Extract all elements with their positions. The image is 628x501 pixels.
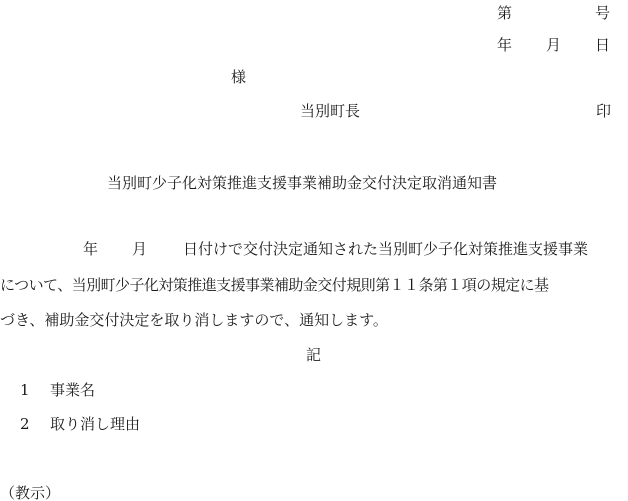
date-month: 月: [546, 36, 561, 54]
seal-mark: 印: [596, 102, 611, 120]
number-prefix: 第: [497, 4, 512, 22]
body-line-1: 日付けで交付決定通知された当別町少子化対策推進支援事業: [183, 240, 588, 258]
document-title: 当別町少子化対策推進支援事業補助金交付決定取消通知書: [107, 174, 497, 192]
issuer-name: 当別町長: [300, 102, 360, 120]
body-month: 月: [132, 240, 147, 258]
instruction-heading: （教示）: [0, 484, 60, 501]
body-line-2: について、当別町少子化対策推進支援事業補助金交付規則第１１条第１項の規定に基: [0, 276, 549, 294]
record-item-number: 2: [20, 415, 30, 433]
body-line-3: づき、補助金交付決定を取り消しますので、通知します。: [0, 311, 388, 329]
record-item-number: 1: [20, 381, 30, 399]
date-day: 日: [595, 36, 610, 54]
date-year: 年: [497, 36, 512, 54]
number-suffix: 号: [595, 4, 610, 22]
record-item-label: 事業名: [50, 381, 95, 399]
addressee-suffix: 様: [231, 68, 246, 86]
record-heading: 記: [306, 346, 321, 364]
body-year: 年: [83, 240, 98, 258]
record-item-label: 取り消し理由: [50, 415, 140, 433]
